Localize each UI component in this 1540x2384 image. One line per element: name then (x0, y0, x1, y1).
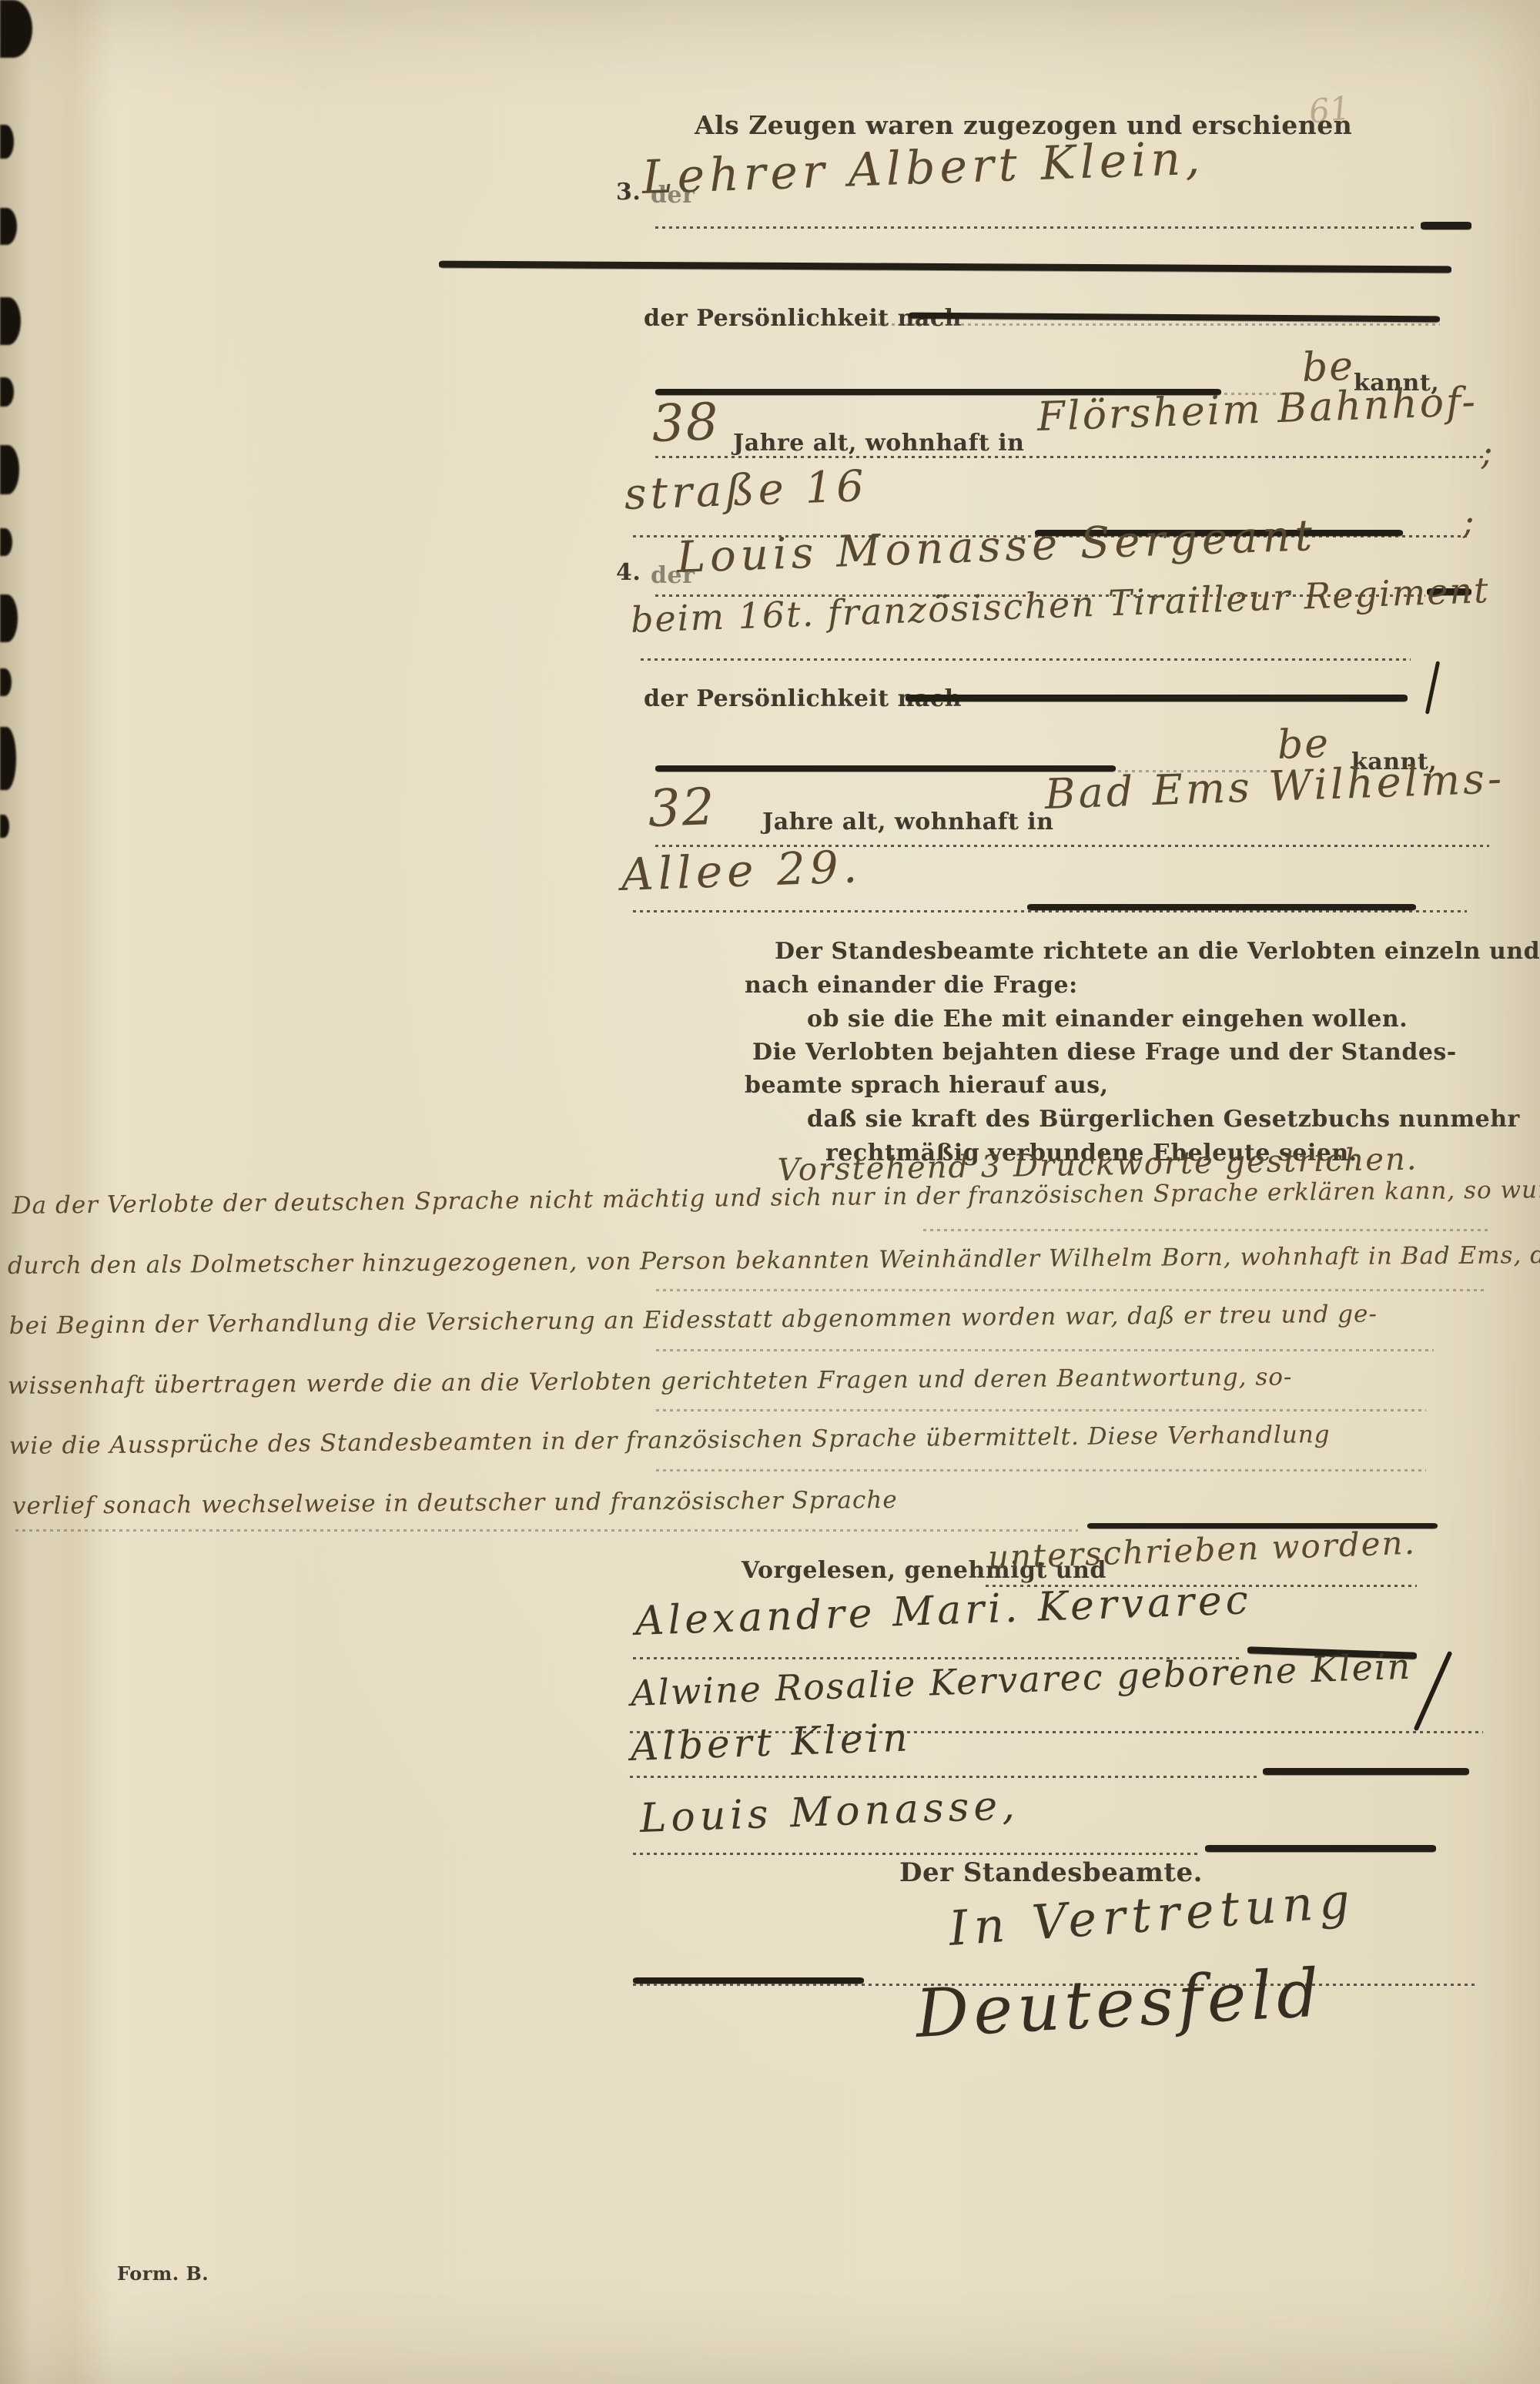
witness3-number: 3. (616, 179, 641, 206)
registrar-signature: Deutesfeld (914, 1954, 1326, 2053)
rule (15, 1529, 1078, 1532)
ink-stroke (1263, 1768, 1469, 1775)
rule (656, 1349, 1434, 1351)
document-page: 61 Als Zeugen waren zugezogen und erschi… (0, 0, 1540, 2384)
declaration-line: beamte sprach hierauf aus, (745, 1072, 1109, 1099)
rule (630, 1776, 1260, 1778)
rule (656, 1469, 1426, 1472)
form-label: Form. B. (117, 2262, 209, 2285)
interpreter-note-line: durch den als Dolmetscher hinzugezogenen… (8, 1241, 1540, 1280)
witness3-name-entry: Lehrer Albert Klein, (641, 132, 1206, 205)
scan-edge-artifact (0, 668, 12, 696)
rule (864, 323, 1440, 326)
interpreter-note-line: Da der Verlobte der deutschen Sprache ni… (12, 1176, 1540, 1220)
scan-edge-artifact (0, 815, 9, 838)
rule (923, 1229, 1489, 1231)
declaration-line: nach einander die Frage: (745, 972, 1078, 999)
signature-bride: Alwine Rosalie Kervarec geborene Klein (630, 1646, 1412, 1714)
witness-intro-text: Als Zeugen waren zugezogen und erschiene… (695, 110, 1352, 140)
declaration-line: Die Verlobten bejahten diese Frage und d… (752, 1039, 1457, 1066)
rule (656, 1409, 1426, 1411)
declaration-line: Der Standesbeamte richtete an die Verlob… (775, 938, 1540, 965)
scan-edge-artifact (0, 727, 16, 790)
witness3-residence-line2: straße 16 (624, 461, 869, 520)
declaration-line: daß sie kraft des Bürgerlichen Gesetzbuc… (807, 1106, 1520, 1133)
scan-edge-artifact (0, 208, 17, 245)
declaration-line: ob sie die Ehe mit einander eingehen wol… (807, 1006, 1408, 1033)
scan-edge-artifact (0, 528, 12, 556)
interpreter-note-line: bei Beginn der Verhandlung die Versicher… (9, 1300, 1378, 1340)
scan-edge-artifact (0, 445, 19, 494)
interpreter-note-line: wissenhaft übertragen werde die an die V… (8, 1363, 1293, 1400)
witness3-age-label: Jahre alt, wohnhaft in (733, 430, 1025, 457)
signature-groom: Alexandre Mari. Kervarec (634, 1577, 1253, 1645)
rule (655, 226, 1414, 229)
signature-witness3: Albert Klein (630, 1715, 912, 1770)
witness4-age-value: 32 (647, 777, 717, 839)
witness4-residence-line2: Allee 29. (621, 840, 862, 901)
rule (633, 1853, 1200, 1855)
rule (656, 1289, 1488, 1291)
witness4-age-label: Jahre alt, wohnhaft in (762, 809, 1054, 835)
scan-edge-artifact (0, 377, 14, 407)
ink-stroke (1205, 1845, 1436, 1852)
witness3-terminator: ; (1480, 430, 1495, 473)
signature-flourish (1413, 1651, 1452, 1732)
witness4-number: 4. (616, 559, 641, 586)
ink-stroke (1027, 904, 1416, 910)
ink-stroke (633, 1977, 864, 1984)
ink-strike-line (909, 313, 1440, 323)
scan-edge-artifact (0, 125, 14, 159)
witness4-residence-line1: Bad Ems Wilhelms- (1044, 754, 1505, 819)
rule (641, 658, 1411, 661)
stray-ink-slash (1425, 661, 1440, 715)
interpreter-note-line: verlief sonach wechselweise in deutscher… (12, 1486, 898, 1520)
ink-strike-line (906, 695, 1408, 701)
rule (633, 910, 1467, 912)
interpreter-note-line: wie die Aussprüche des Standesbeamten in… (9, 1421, 1331, 1460)
scan-edge-artifact (0, 0, 32, 58)
ink-strike-line (439, 261, 1451, 273)
scan-edge-artifact (0, 297, 21, 345)
registrar-title: Der Standesbeamte. (899, 1857, 1203, 1888)
witness3-age-value: 38 (651, 392, 721, 454)
scan-edge-artifact (0, 594, 18, 642)
witness4-name-entry: Louis Monasse Sergeant (676, 511, 1317, 583)
witness3-terminator2: ; (1461, 500, 1476, 542)
ink-stroke (1421, 222, 1471, 229)
rule (655, 456, 1485, 458)
signature-witness4: Louis Monasse, (639, 1783, 1020, 1842)
